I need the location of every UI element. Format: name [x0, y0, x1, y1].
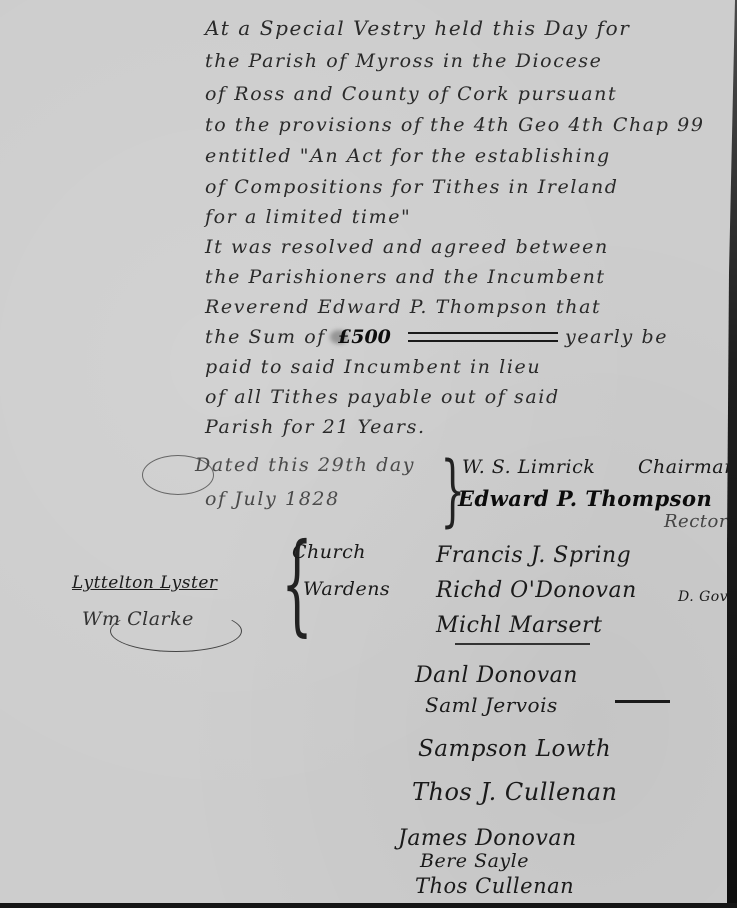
body-line-10: Reverend Edward P. Thompson that	[205, 298, 601, 317]
date-line-2: of July 1828	[205, 490, 340, 509]
signature-rector: Edward P. Thompson	[458, 488, 712, 509]
signature-bere-sayle: Bere Sayle	[420, 852, 529, 871]
signature-james-donovan: James Donovan	[398, 828, 577, 850]
date-line-1: Dated this 29th day	[195, 456, 415, 475]
body-line-4: to the provisions of the 4th Geo 4th Cha…	[205, 116, 705, 135]
body-line-14: of all Tithes payable out of said	[205, 388, 560, 407]
body-line-7: for a limited time"	[205, 208, 411, 227]
church-label: Church	[292, 543, 366, 562]
body-line-12: yearly be	[565, 328, 668, 347]
signature-warden-1: Lyttelton Lyster	[72, 575, 218, 592]
signature-thos-j-cullenan: Thos J. Cullenan	[412, 780, 617, 804]
body-line-9: the Parishioners and the Incumbent	[205, 268, 606, 287]
signature-underline	[455, 643, 590, 645]
role-odonovan: D. Govr	[678, 590, 735, 604]
warden-flourish	[110, 610, 242, 652]
signature-thos-cullenan: Thos Cullenan	[415, 876, 574, 897]
signature-jervois: Saml Jervois	[425, 695, 558, 715]
wardens-label: Wardens	[303, 580, 390, 599]
sum-amount: £500	[338, 326, 391, 348]
body-line-13: paid to said Incumbent in lieu	[205, 358, 541, 377]
body-line-3: of Ross and County of Cork pursuant	[205, 85, 617, 104]
signature-danl-donovan: Danl Donovan	[415, 665, 578, 687]
body-line-5: entitled "An Act for the establishing	[205, 147, 611, 166]
signature-francis-spring: Francis J. Spring	[436, 545, 631, 567]
page-edge-bottom	[0, 903, 737, 908]
body-line-1: At a Special Vestry held this Day for	[205, 18, 630, 38]
body-line-8: It was resolved and agreed between	[205, 238, 609, 257]
signature-odonovan: Richd O'Donovan	[436, 580, 637, 602]
signature-lowth: Sampson Lowth	[418, 738, 611, 761]
body-line-11: the Sum of	[205, 328, 326, 347]
document-page: At a Special Vestry held this Day for th…	[0, 0, 737, 908]
body-line-15: Parish for 21 Years.	[205, 418, 426, 437]
signature-marsert: Michl Marsert	[436, 615, 602, 637]
body-line-2: the Parish of Myross in the Diocese	[205, 52, 603, 71]
jervois-dash	[615, 700, 670, 703]
role-rector: Rector	[664, 513, 728, 531]
body-line-6: of Compositions for Tithes in Ireland	[205, 178, 619, 197]
page-edge-right	[727, 0, 737, 908]
role-chairman: Chairman	[638, 458, 737, 477]
signature-chairman: W. S. Limrick	[462, 458, 595, 477]
amount-double-rule	[408, 332, 558, 342]
